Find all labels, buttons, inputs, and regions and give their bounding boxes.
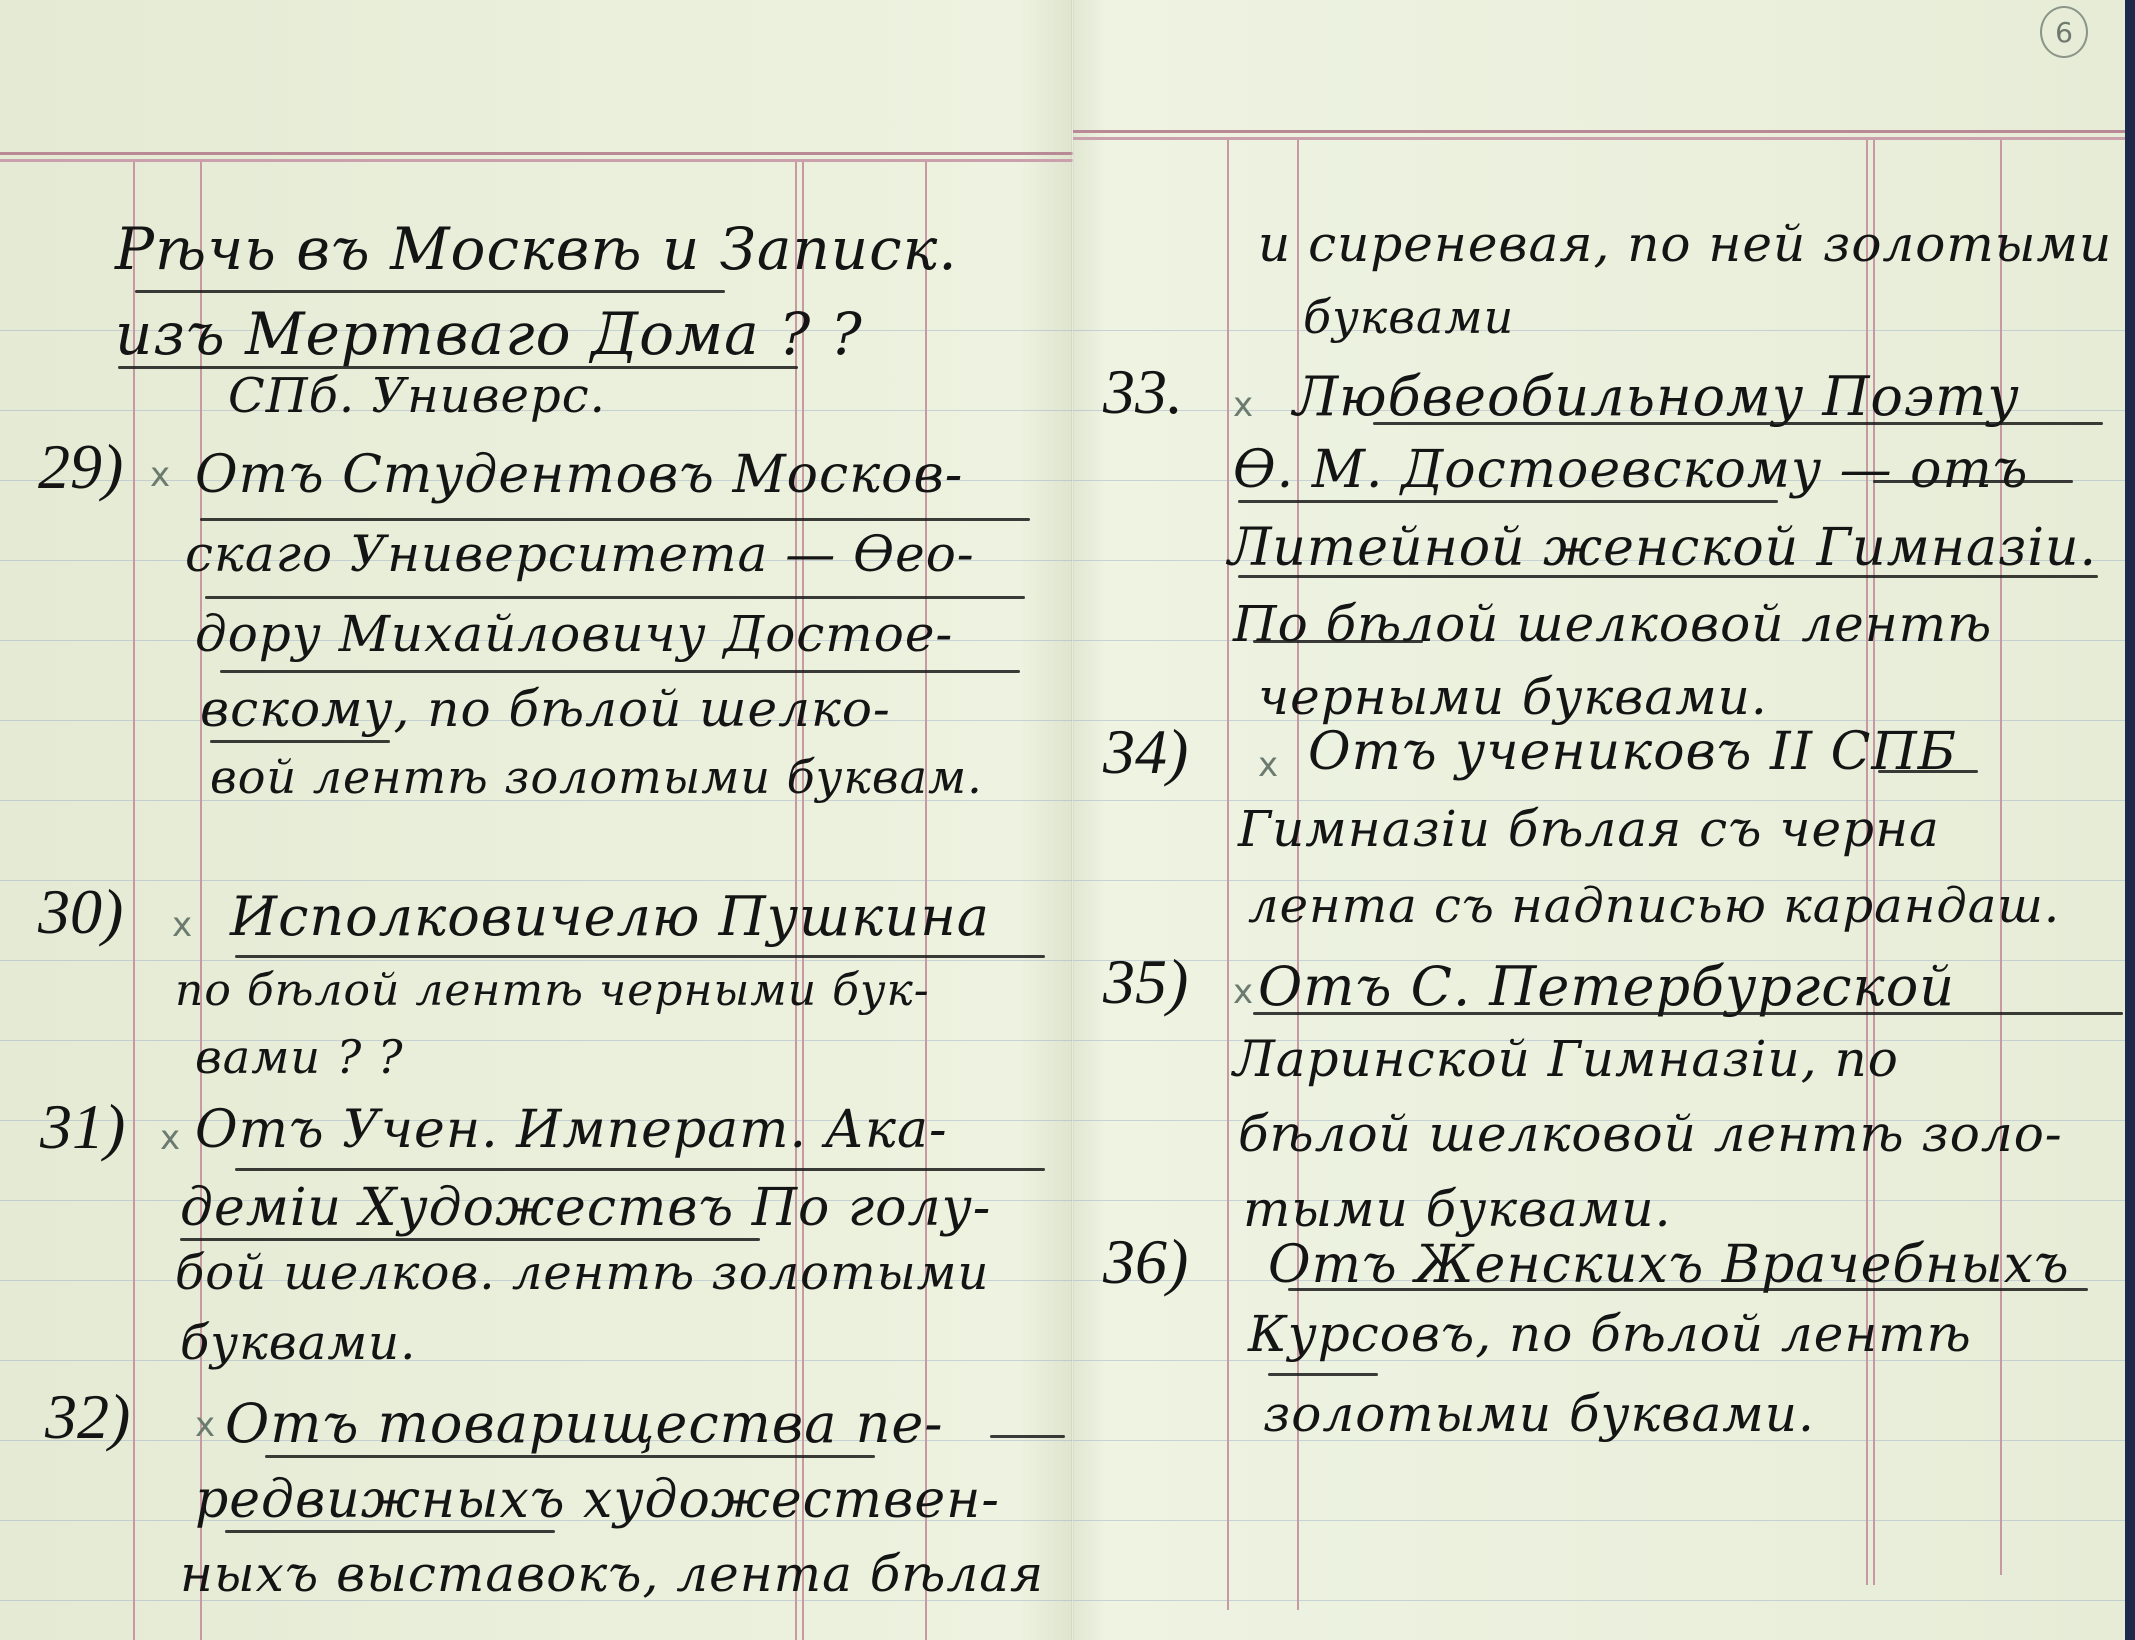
entry-line: деміи Художествъ По голу- [180,1178,991,1238]
entry-line: по бѣлой лентѣ черными бук- [175,965,930,1016]
entry-line: Отъ Студентовъ Москов- [195,445,963,505]
entry-line: редвижныхъ художествен- [195,1470,1000,1530]
entry-number: 36) [1103,1225,1188,1299]
entry-line: Ѳ. М. Достоевскому — отъ [1233,440,2028,500]
top-double-rule [1073,130,2125,133]
entry-number: 35) [1103,945,1188,1019]
entry-line: Отъ Женскихъ Врачебныхъ [1268,1235,2070,1295]
entry-line: Любвеобильному Поэту [1293,365,2020,428]
entry-line: черными буквами. [1258,668,1768,726]
margin-rule [133,162,135,1640]
underline [1288,1288,2088,1291]
continuation-line: буквами [1303,290,1514,344]
underline [1253,640,1423,643]
page-number-circled: 6 [2040,6,2088,58]
underline [225,1530,555,1533]
column-rule [1866,140,1868,1585]
column-rule [2000,140,2002,1575]
entry-line: Отъ учениковъ II СПБ [1308,722,1957,782]
entry-number: 30) [38,875,123,949]
pencil-check-mark: x [172,905,192,945]
underline [205,596,1025,599]
underline [1268,1373,1378,1376]
entry-line: буквами. [180,1315,416,1371]
entry-line: Курсовъ, по бѣлой лентѣ [1248,1305,1972,1363]
column-rule [1873,140,1875,1585]
entry-line: Гимназіи бѣлая съ черна [1238,800,1940,858]
entry-line: Отъ товарищества пе- [225,1392,944,1455]
underline [235,955,1045,958]
underline [1373,422,2103,425]
heading-line: Рѣчь въ Москвѣ и Записк. [115,215,958,283]
entry-line: Исполковичелю Пушкина [230,885,990,948]
entry-line: ныхъ выставокъ, лента бѣлая [180,1545,1044,1603]
note: СПб. Универс. [228,368,606,424]
entry-line: Отъ С. Петербургской [1258,955,1955,1018]
entry-number: 32) [45,1380,130,1454]
underline [210,740,390,743]
underline [990,1435,1065,1438]
entry-number: 33. [1103,355,1183,429]
entry-number: 31) [40,1090,125,1164]
entry-line: вскому, по бѣлой шелко- [200,680,891,738]
underline [1238,500,1778,503]
pencil-check-mark: x [195,1405,215,1445]
underline [265,1455,875,1458]
underline [135,290,725,293]
underline [235,1168,1045,1171]
top-double-rule [0,152,1073,155]
entry-line: Отъ Учен. Императ. Ака- [195,1100,948,1160]
left-page: Рѣчь въ Москвѣ и Записк. изъ Мертваго До… [0,0,1073,1640]
entry-line: По бѣлой шелковой лентѣ [1233,595,1992,653]
entry-line: золотыми буквами. [1263,1385,1815,1443]
right-page: 6 и сиреневая, по ней золотыми буквами 3… [1073,0,2125,1640]
entry-line: бой шелков. лентѣ золотыми [175,1245,989,1301]
pencil-check-mark: x [150,455,170,495]
entry-line: вой лентѣ золотыми буквам. [210,750,983,804]
entry-line: бѣлой шелковой лентѣ золо- [1238,1105,2063,1163]
entry-line: тыми буквами. [1243,1180,1672,1238]
margin-rule [1227,140,1229,1610]
underline [1873,480,2073,483]
entry-line: дору Михайловичу Достое- [195,605,953,663]
underline [180,1238,760,1241]
entry-line: скаго Университета — Ѳео- [185,525,975,583]
entry-number: 29) [38,430,123,504]
entry-line: вами ? ? [195,1030,404,1084]
entry-number: 34) [1103,715,1188,789]
pencil-check-mark: x [160,1118,180,1158]
pencil-check-mark: x [1233,385,1253,425]
underline [1878,770,1978,773]
notebook-spread: Рѣчь въ Москвѣ и Записк. изъ Мертваго До… [0,0,2125,1640]
heading-line: изъ Мертваго Дома ? ? [115,300,863,368]
continuation-line: и сиреневая, по ней золотыми [1258,215,2112,273]
pencil-check-mark: x [1258,745,1278,785]
underline [220,670,1020,673]
underline [1253,1012,2123,1015]
pencil-check-mark: x [1233,972,1253,1012]
entry-line: Литейной женской Гимназіи. [1228,518,2097,578]
underline [1238,575,2098,578]
underline [200,518,1030,521]
entry-line: Ларинской Гимназіи, по [1233,1030,1899,1088]
entry-line: лента съ надписью карандаш. [1248,878,2060,934]
